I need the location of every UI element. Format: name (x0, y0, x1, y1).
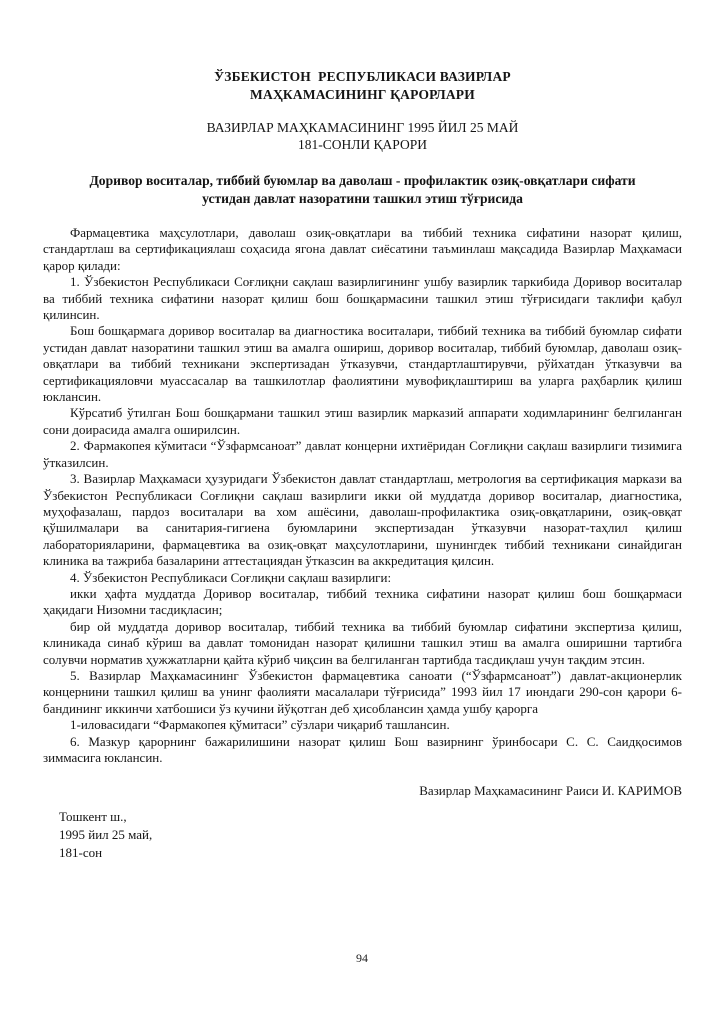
document-title: Доривор воситалар, тиббий буюмлар ва дав… (43, 172, 682, 208)
paragraph-point-3: 3. Вазирлар Маҳкамаси ҳузуридаги Ўзбекис… (43, 471, 682, 569)
document-page: ЎЗБЕКИСТОН РЕСПУБЛИКАСИ ВАЗИРЛАР МАҲКАМА… (0, 0, 724, 1024)
paragraph-point-4: 4. Ўзбекистон Республикаси Соғлиқни сақл… (43, 570, 682, 586)
paragraph-point-1: 1. Ўзбекистон Республикаси Соғлиқни сақл… (43, 274, 682, 323)
paragraph-point-5: 5. Вазирлар Маҳкамасининг Ўзбекистон фар… (43, 668, 682, 717)
paragraph-point-1-staff: Кўрсатиб ўтилган Бош бошқармани ташкил э… (43, 405, 682, 438)
paragraph-preamble: Фармацевтика маҳсулотлари, даволаш озиқ-… (43, 225, 682, 274)
page-number: 94 (0, 951, 724, 966)
kind-header-line2: МАҲКАМАСИНИНГ ҚАРОРЛАРИ (43, 86, 682, 104)
decree-heading: ВАЗИРЛАР МАҲКАМАСИНИНГ 1995 ЙИЛ 25 МАЙ 1… (43, 119, 682, 153)
paragraph-point-2: 2. Фармакопея кўмитаси “Ўзфармсаноат” да… (43, 438, 682, 471)
decree-heading-line1: ВАЗИРЛАР МАҲКАМАСИНИНГ 1995 ЙИЛ 25 МАЙ (43, 119, 682, 136)
decree-heading-line2: 181-СОНЛИ ҚАРОРИ (43, 136, 682, 153)
kind-header-line1: ЎЗБЕКИСТОН РЕСПУБЛИКАСИ ВАЗИРЛАР (43, 68, 682, 86)
paragraph-point-4-sub2: бир ой муддатда доривор воситалар, тибби… (43, 619, 682, 668)
date-line: 1995 йил 25 май, (59, 826, 682, 844)
place-line: Тошкент ш., (59, 808, 682, 826)
paragraph-point-4-sub1: икки ҳафта муддатда Доривор воситалар, т… (43, 586, 682, 619)
decree-number-line: 181-сон (59, 844, 682, 862)
document-title-line1: Доривор воситалар, тиббий буюмлар ва дав… (43, 172, 682, 190)
signature-line: Вазирлар Маҳкамасининг Раиси И. КАРИМОВ (43, 782, 682, 799)
document-kind-header: ЎЗБЕКИСТОН РЕСПУБЛИКАСИ ВАЗИРЛАР МАҲКАМА… (43, 68, 682, 104)
paragraph-point-6: 6. Мазкур қарорнинг бажарилишини назорат… (43, 734, 682, 767)
place-date-block: Тошкент ш., 1995 йил 25 май, 181-сон (43, 808, 682, 862)
document-body: Фармацевтика маҳсулотлари, даволаш озиқ-… (43, 225, 682, 766)
paragraph-point-1-tasks: Бош бошқармага доривор воситалар ва диаг… (43, 323, 682, 405)
document-title-line2: устидан давлат назоратини ташкил этиш тў… (43, 190, 682, 208)
paragraph-point-5-annex: 1-иловасидаги “Фармакопея қўмитаси” сўзл… (43, 717, 682, 733)
